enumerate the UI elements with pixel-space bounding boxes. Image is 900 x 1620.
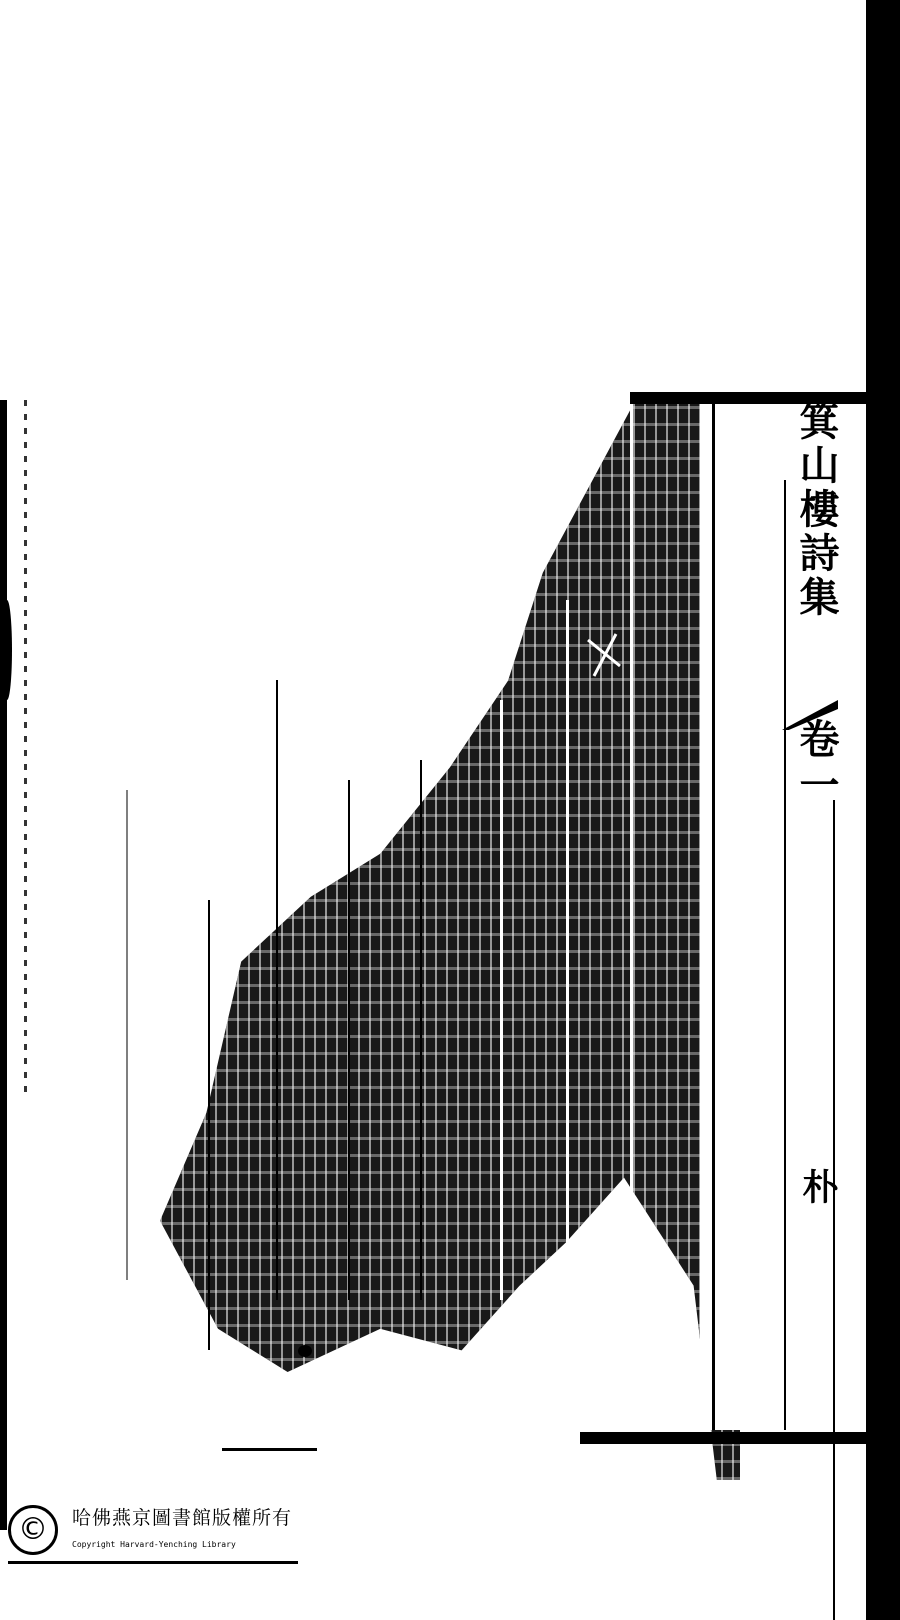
column-rule — [348, 780, 350, 1300]
book-title: 箕山樓詩集 — [790, 400, 840, 620]
ink-stain-texture — [160, 400, 740, 1480]
title-strip-rule — [833, 800, 835, 1620]
copyright-english: Copyright Harvard-Yenching Library — [72, 1540, 236, 1549]
left-binding-edge — [0, 400, 7, 1530]
ink-blot — [298, 1345, 312, 1357]
title-strip-rule — [784, 480, 786, 1430]
left-binding-bulge — [2, 600, 12, 700]
column-rule — [500, 700, 503, 1300]
bottom-frame-border — [580, 1432, 866, 1444]
column-rule — [630, 400, 633, 1430]
right-scan-edge — [866, 0, 900, 1620]
column-rule — [566, 600, 569, 1430]
copyright-chinese: 哈佛燕京圖書館版權所有 — [72, 1503, 292, 1530]
bottom-frame-fragment — [222, 1448, 317, 1451]
volume-label: 卷一 — [790, 718, 840, 810]
copyright-icon: © — [8, 1505, 58, 1555]
column-rule — [420, 760, 422, 1300]
column-rule — [126, 790, 128, 1280]
column-rule — [208, 900, 210, 1350]
author-fragment: 朴 — [800, 1168, 844, 1204]
x-mark — [584, 630, 624, 680]
left-margin-specks — [24, 400, 27, 1100]
title-strip-edge — [712, 404, 715, 1430]
column-rule — [276, 680, 278, 1300]
